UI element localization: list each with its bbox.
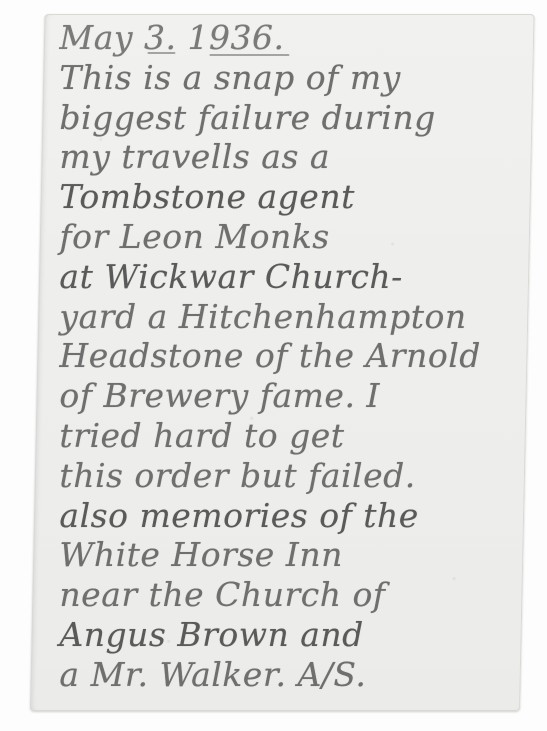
note-line: yard a Hitchenhampton: [59, 297, 513, 337]
note-line: Angus Brown and: [59, 615, 513, 655]
note-line-signature: a Mr. Walker. A/S.: [59, 655, 513, 695]
year-underline: [209, 54, 289, 56]
note-line: tried hard to get: [59, 416, 513, 456]
note-line: of Brewery fame. I: [59, 376, 513, 416]
note-line: This is a snap of my: [59, 58, 513, 98]
note-line: for Leon Monks: [59, 217, 513, 257]
note-line: at Wickwar Church-: [59, 257, 513, 297]
handwritten-note: May 3. 1936. This is a snap of my bigges…: [59, 18, 513, 695]
note-line: White Horse Inn: [59, 535, 513, 575]
note-line: Headstone of the Arnold: [59, 336, 513, 376]
note-line: my travells as a: [59, 137, 513, 177]
page: May 3. 1936. This is a snap of my bigges…: [0, 0, 547, 731]
note-date: May 3. 1936.: [59, 18, 513, 58]
photo-card-back: May 3. 1936. This is a snap of my bigges…: [30, 14, 535, 711]
note-line: also memories of the: [59, 496, 513, 536]
note-line: biggest failure during: [59, 98, 513, 138]
note-line: this order but failed.: [59, 456, 513, 496]
note-line: near the Church of: [59, 575, 513, 615]
date-underline: [147, 52, 175, 54]
note-line: Tombstone agent: [59, 177, 513, 217]
